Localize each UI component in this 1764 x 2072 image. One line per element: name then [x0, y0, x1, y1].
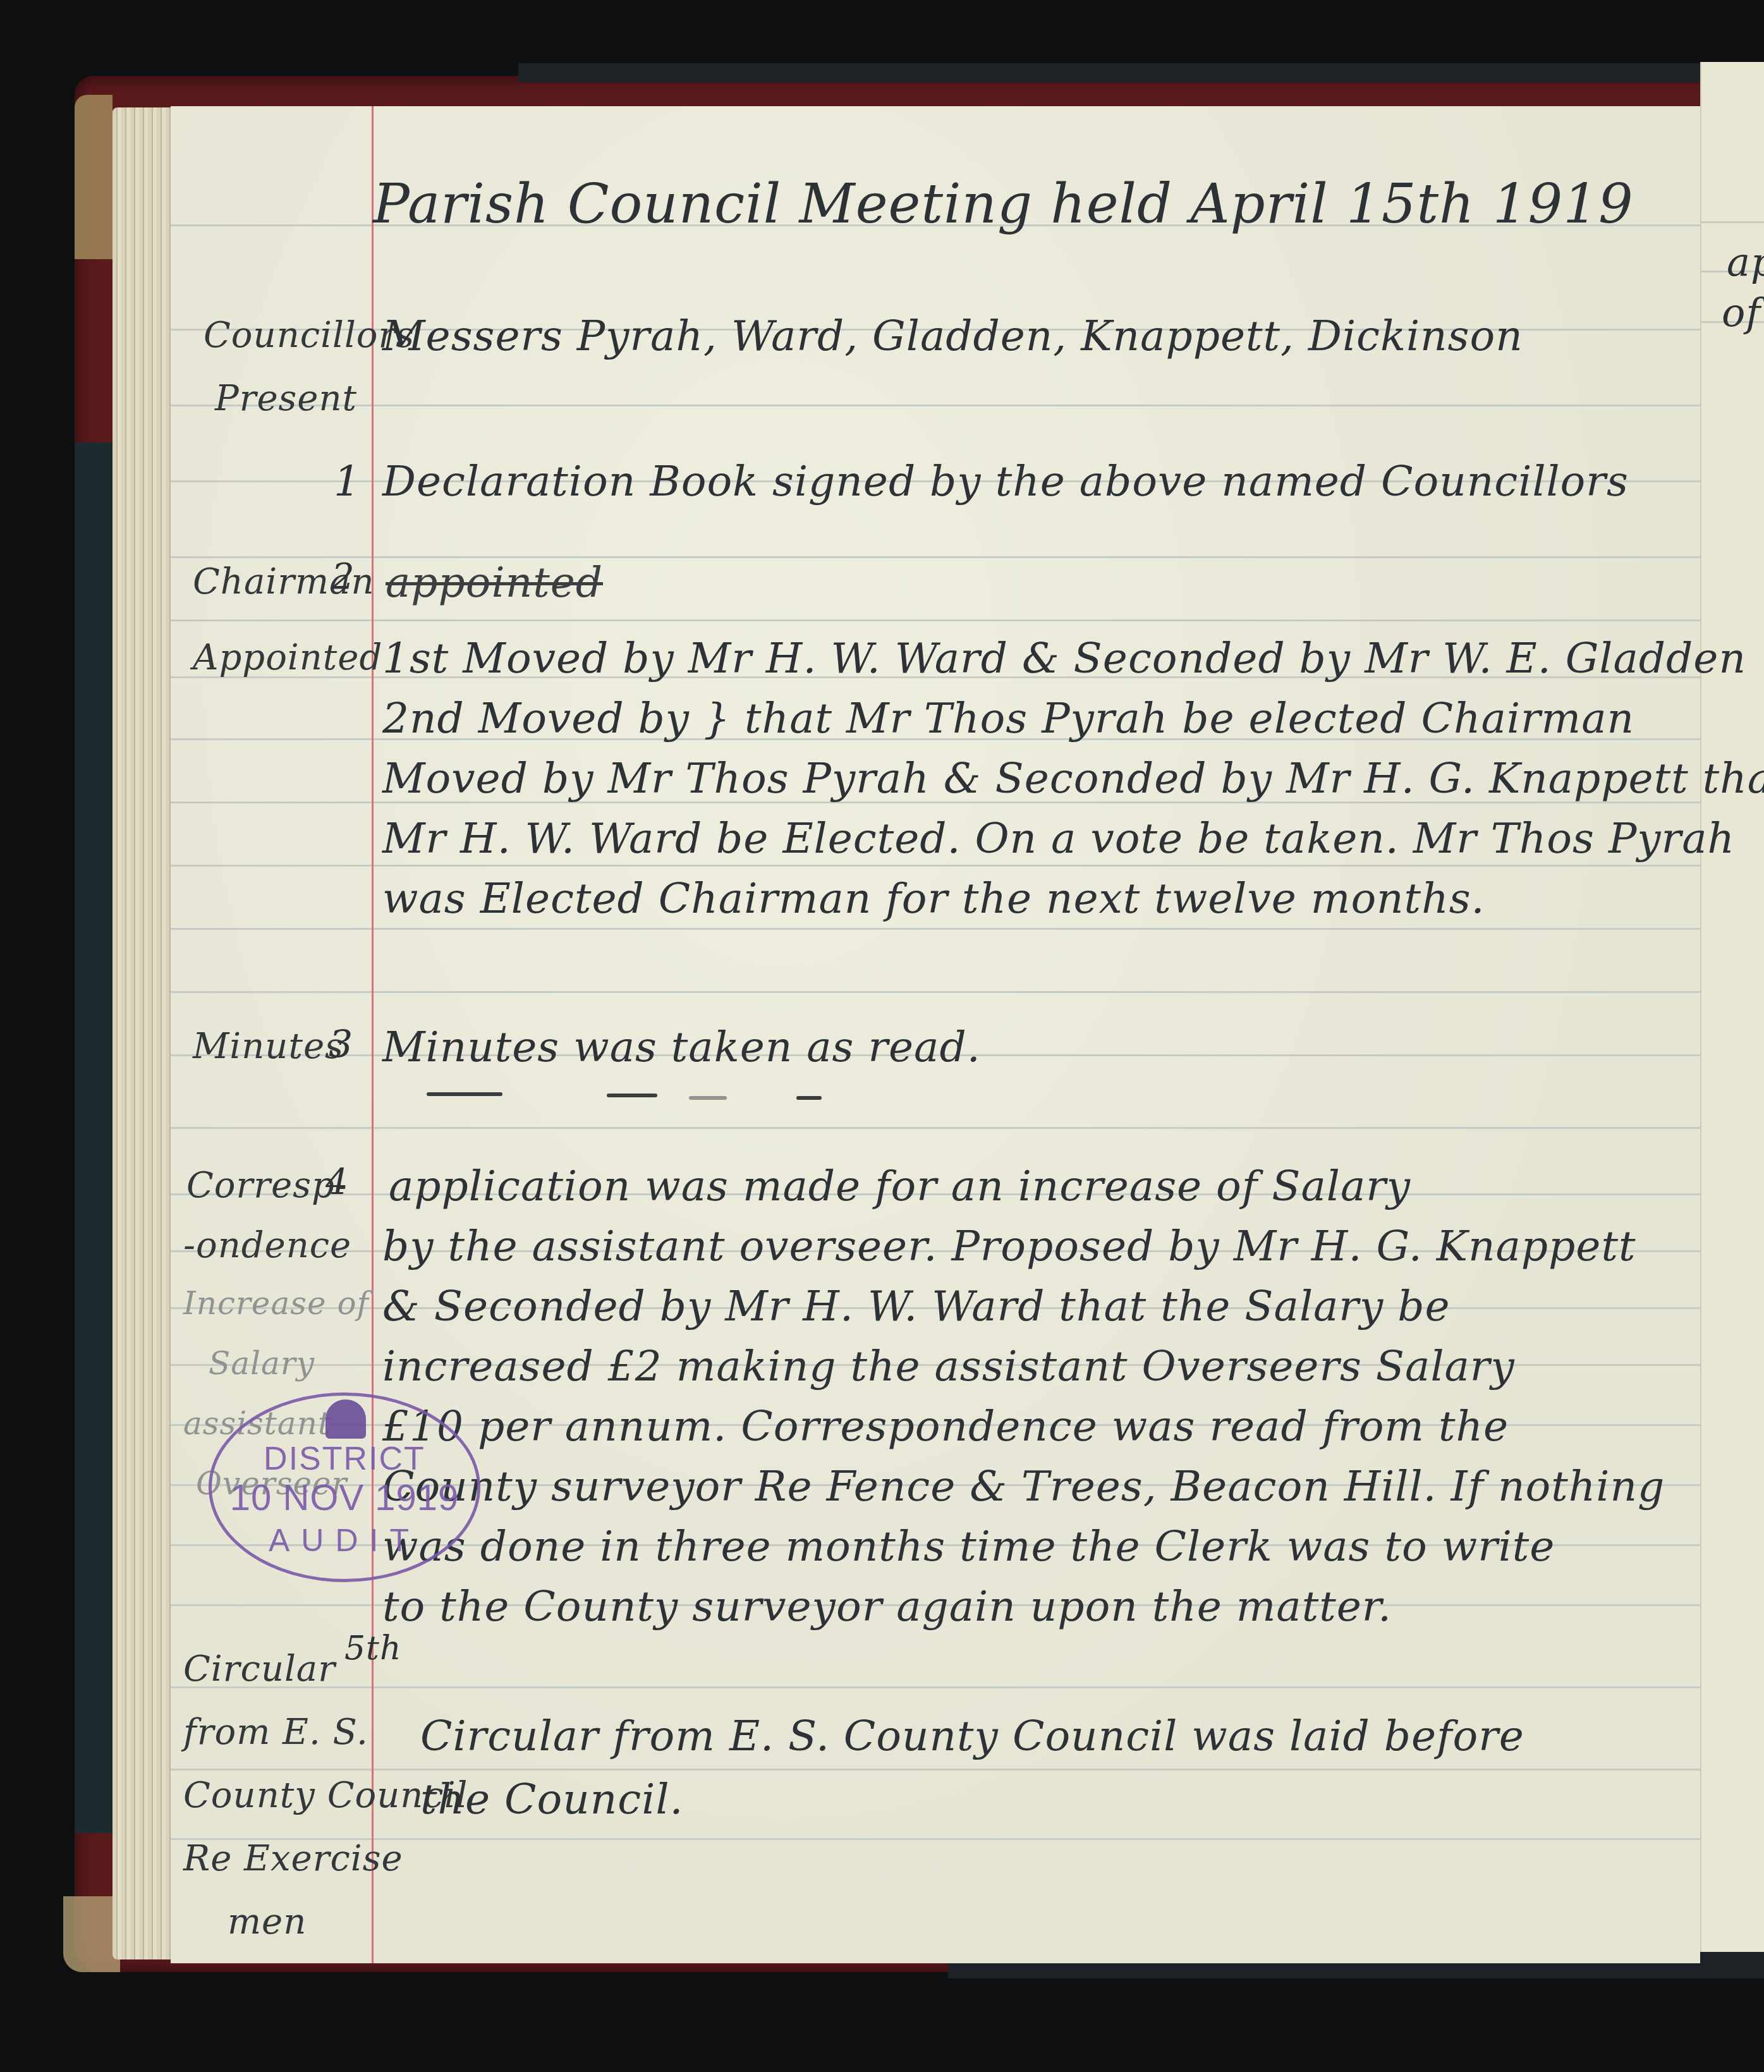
minute-line: £10 per annum. Correspondence was read f…: [382, 1402, 1509, 1451]
minute-line: County surveyor Re Fence & Trees, Beacon…: [382, 1462, 1665, 1511]
pencil-note: Increase of: [183, 1285, 369, 1322]
margin-label: -ondence: [183, 1225, 351, 1266]
crown-icon: [325, 1399, 366, 1439]
item-number: 1: [334, 457, 361, 506]
ruled-line: [171, 1686, 1700, 1688]
next-page-text: app: [1727, 239, 1764, 285]
district-audit-stamp: DISTRICT 10 NOV 1919 AUDIT: [209, 1393, 480, 1582]
underline-dash: [689, 1096, 727, 1100]
minute-line: 1st Moved by Mr H. W. Ward & Seconded by…: [382, 634, 1746, 683]
ruled-line: [171, 865, 1700, 867]
next-page-text: of: [1722, 289, 1761, 336]
ruled-line: [171, 619, 1700, 621]
underline-dash: [607, 1094, 657, 1097]
margin-label: Corresp-: [186, 1165, 348, 1206]
item-number: 5th: [344, 1630, 401, 1667]
underline-dash: [427, 1092, 502, 1096]
next-page-sliver: app of: [1700, 62, 1764, 1952]
item-number: 2: [332, 556, 355, 597]
underline-dash: [796, 1096, 822, 1100]
minute-line: application was made for an increase of …: [389, 1162, 1411, 1210]
worn-corner-bottom: [63, 1896, 120, 1972]
minute-line: was done in three months time the Clerk …: [382, 1522, 1555, 1571]
struck-word: appointed: [386, 558, 603, 607]
minute-line: & Seconded by Mr H. W. Ward that the Sal…: [382, 1282, 1450, 1331]
minute-line: to the County surveyor again upon the ma…: [382, 1582, 1392, 1631]
stamp-line-audit: AUDIT: [212, 1522, 477, 1559]
ruled-line: [171, 1127, 1700, 1129]
minute-line: 2nd Moved by } that Mr Thos Pyrah be ele…: [382, 694, 1634, 743]
minute-line: the Council.: [420, 1775, 683, 1824]
minute-line: by the assistant overseer. Proposed by M…: [382, 1222, 1636, 1271]
page-title: Parish Council Meeting held April 15th 1…: [373, 173, 1634, 236]
ruled-line: [171, 928, 1700, 930]
worn-corner-top: [75, 95, 113, 259]
red-margin-line: [372, 106, 374, 1963]
item-number: 4: [325, 1162, 349, 1203]
book-cover-top-cloth: [518, 63, 1764, 82]
ledger-page: Parish Council Meeting held April 15th 1…: [171, 106, 1700, 1963]
pencil-note: Salary: [209, 1345, 315, 1382]
page-edges: [113, 107, 176, 1959]
minute-line: increased £2 making the assistant Overse…: [382, 1342, 1515, 1391]
book-spine-cloth: [75, 442, 113, 1833]
margin-label: Present: [215, 378, 357, 419]
ruled-line: [171, 405, 1700, 406]
margin-label: Re Exercise: [183, 1838, 403, 1879]
minute-line: Messers Pyrah, Ward, Gladden, Knappett, …: [382, 312, 1523, 360]
margin-label: Minutes: [193, 1026, 344, 1067]
ruled-line: [1701, 221, 1764, 223]
stamp-line-district: DISTRICT: [212, 1440, 477, 1478]
item-number: 3: [329, 1023, 353, 1067]
minute-line: Circular from E. S. County Council was l…: [420, 1712, 1524, 1760]
minute-line: Minutes was taken as read.: [382, 1023, 981, 1071]
ruled-line: [171, 991, 1700, 993]
margin-label: men: [228, 1901, 307, 1942]
margin-label: Circular: [183, 1648, 336, 1690]
margin-label: Appointed: [193, 637, 382, 678]
margin-label: from E. S.: [183, 1712, 368, 1753]
minute-line: Mr H. W. Ward be Elected. On a vote be t…: [382, 814, 1735, 863]
minute-line: was Elected Chairman for the next twelve…: [382, 874, 1485, 923]
ruled-line: [171, 1769, 1700, 1770]
stamp-date: 10 NOV 1919: [212, 1477, 477, 1519]
minute-line: Declaration Book signed by the above nam…: [382, 457, 1629, 506]
minute-line: Moved by Mr Thos Pyrah & Seconded by Mr …: [382, 754, 1764, 803]
